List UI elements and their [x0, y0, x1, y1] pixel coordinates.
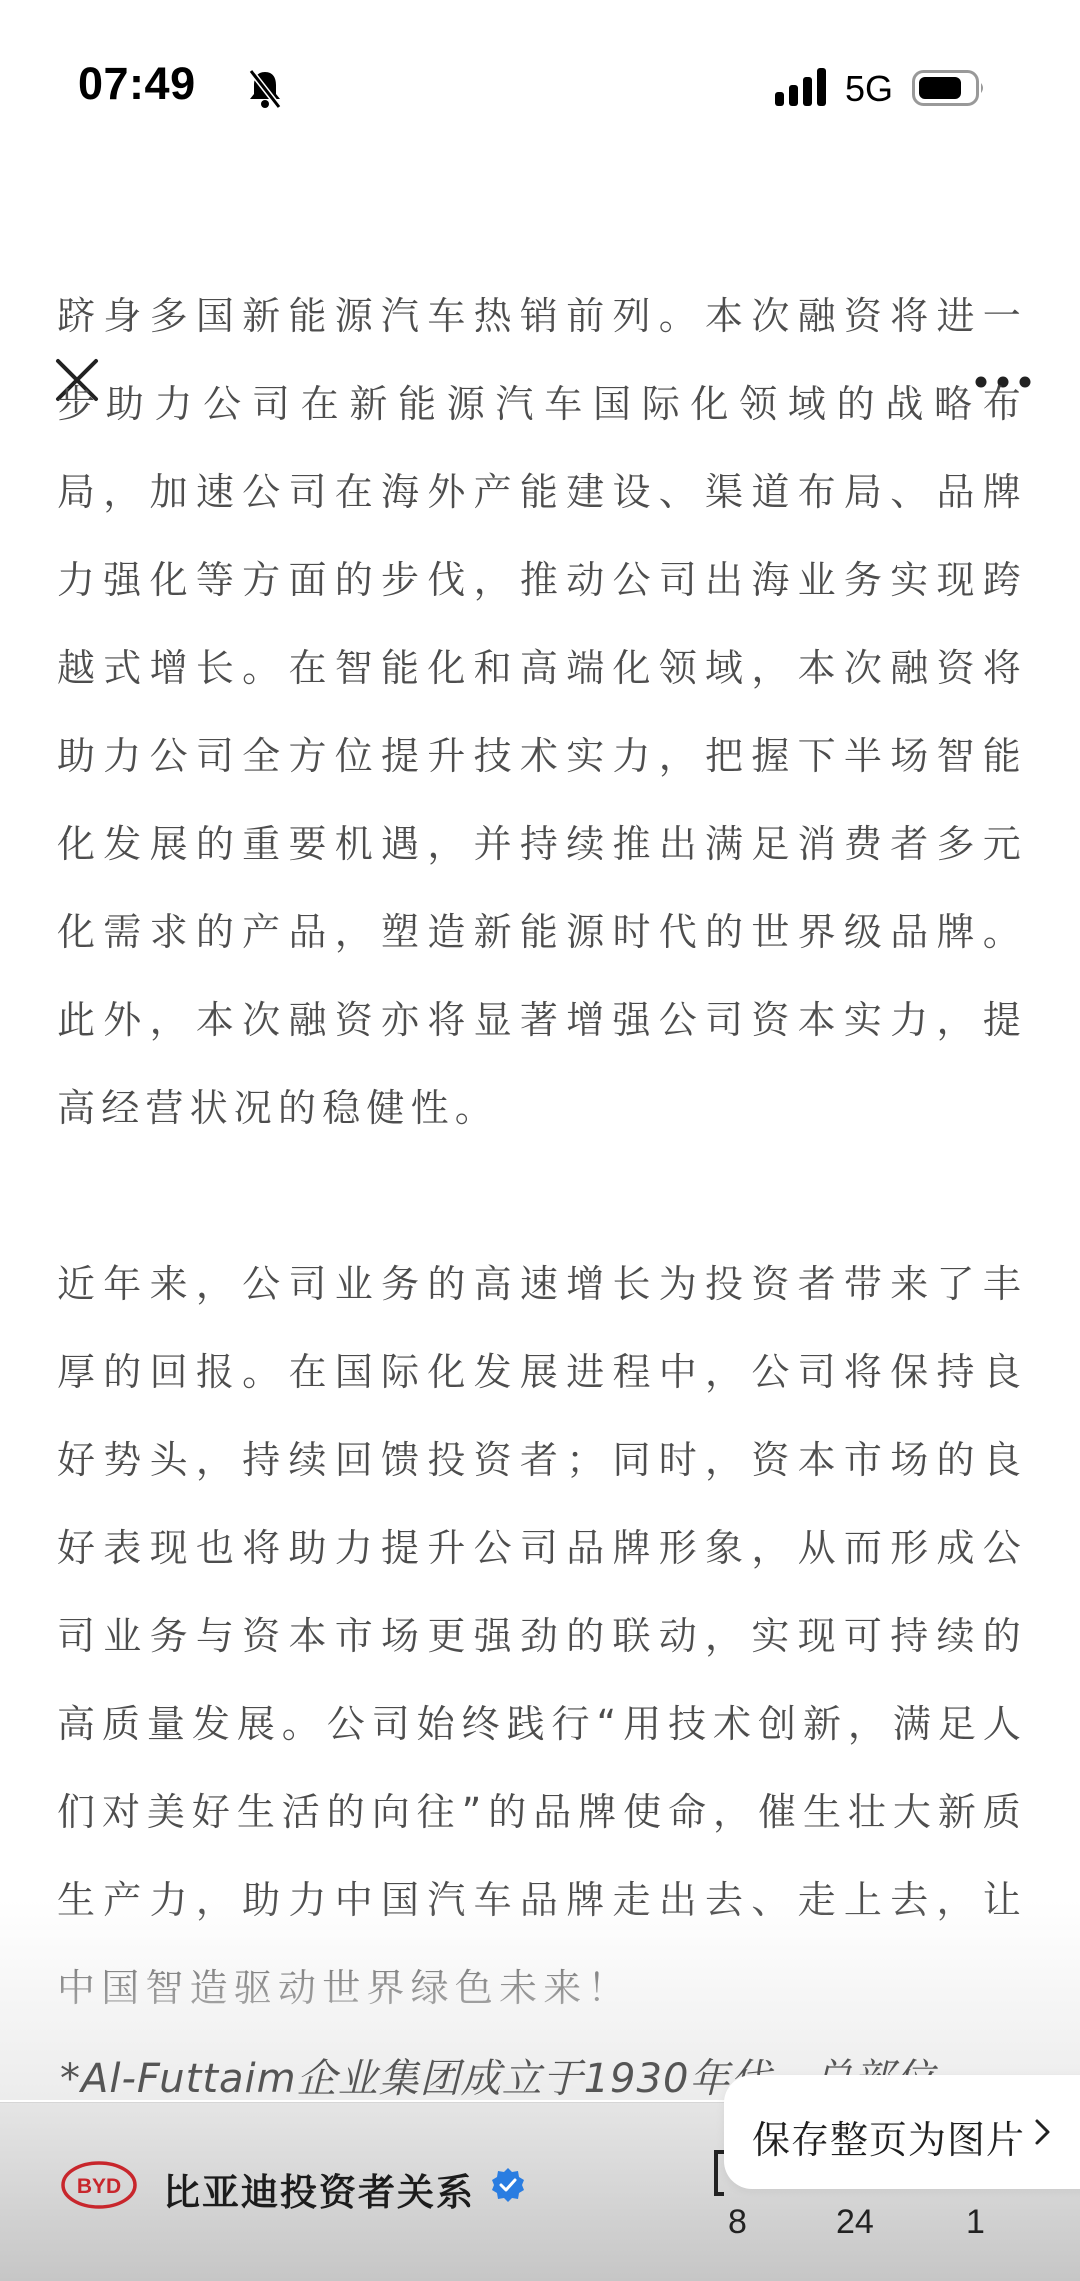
signal-icon — [775, 68, 829, 106]
stat-count-like[interactable]: 24 — [836, 2203, 874, 2242]
bell-muted-icon — [246, 68, 284, 110]
article-paragraph: 跻身多国新能源汽车热销前列。本次融资将进一步助力公司在新能源汽车国际化领域的战略… — [57, 272, 1027, 1152]
chevron-right-icon — [1032, 2117, 1054, 2147]
account-name[interactable]: 比亚迪投资者关系 — [163, 2162, 475, 2216]
byd-logo-icon[interactable]: BYD — [60, 2160, 138, 2210]
status-bar: 07:49 5G — [0, 0, 1080, 130]
stat-count-share[interactable]: 8 — [728, 2203, 747, 2242]
share-icon[interactable] — [714, 2150, 724, 2196]
nav-bar — [0, 170, 1080, 250]
article-body: 跻身多国新能源汽车热销前列。本次融资将进一步助力公司在新能源汽车国际化领域的战略… — [57, 272, 1027, 2032]
save-as-image-popup[interactable]: 保存整页为图片 — [724, 2075, 1080, 2189]
network-type: 5G — [845, 68, 893, 110]
status-time: 07:49 — [78, 58, 196, 110]
save-as-image-label: 保存整页为图片 — [752, 2109, 1025, 2164]
battery-icon — [912, 70, 986, 106]
paragraph-spacer — [57, 1152, 1027, 1240]
logo-text: BYD — [77, 2175, 121, 2198]
verified-badge-icon — [490, 2167, 526, 2203]
stat-count-comment[interactable]: 1 — [966, 2203, 985, 2242]
